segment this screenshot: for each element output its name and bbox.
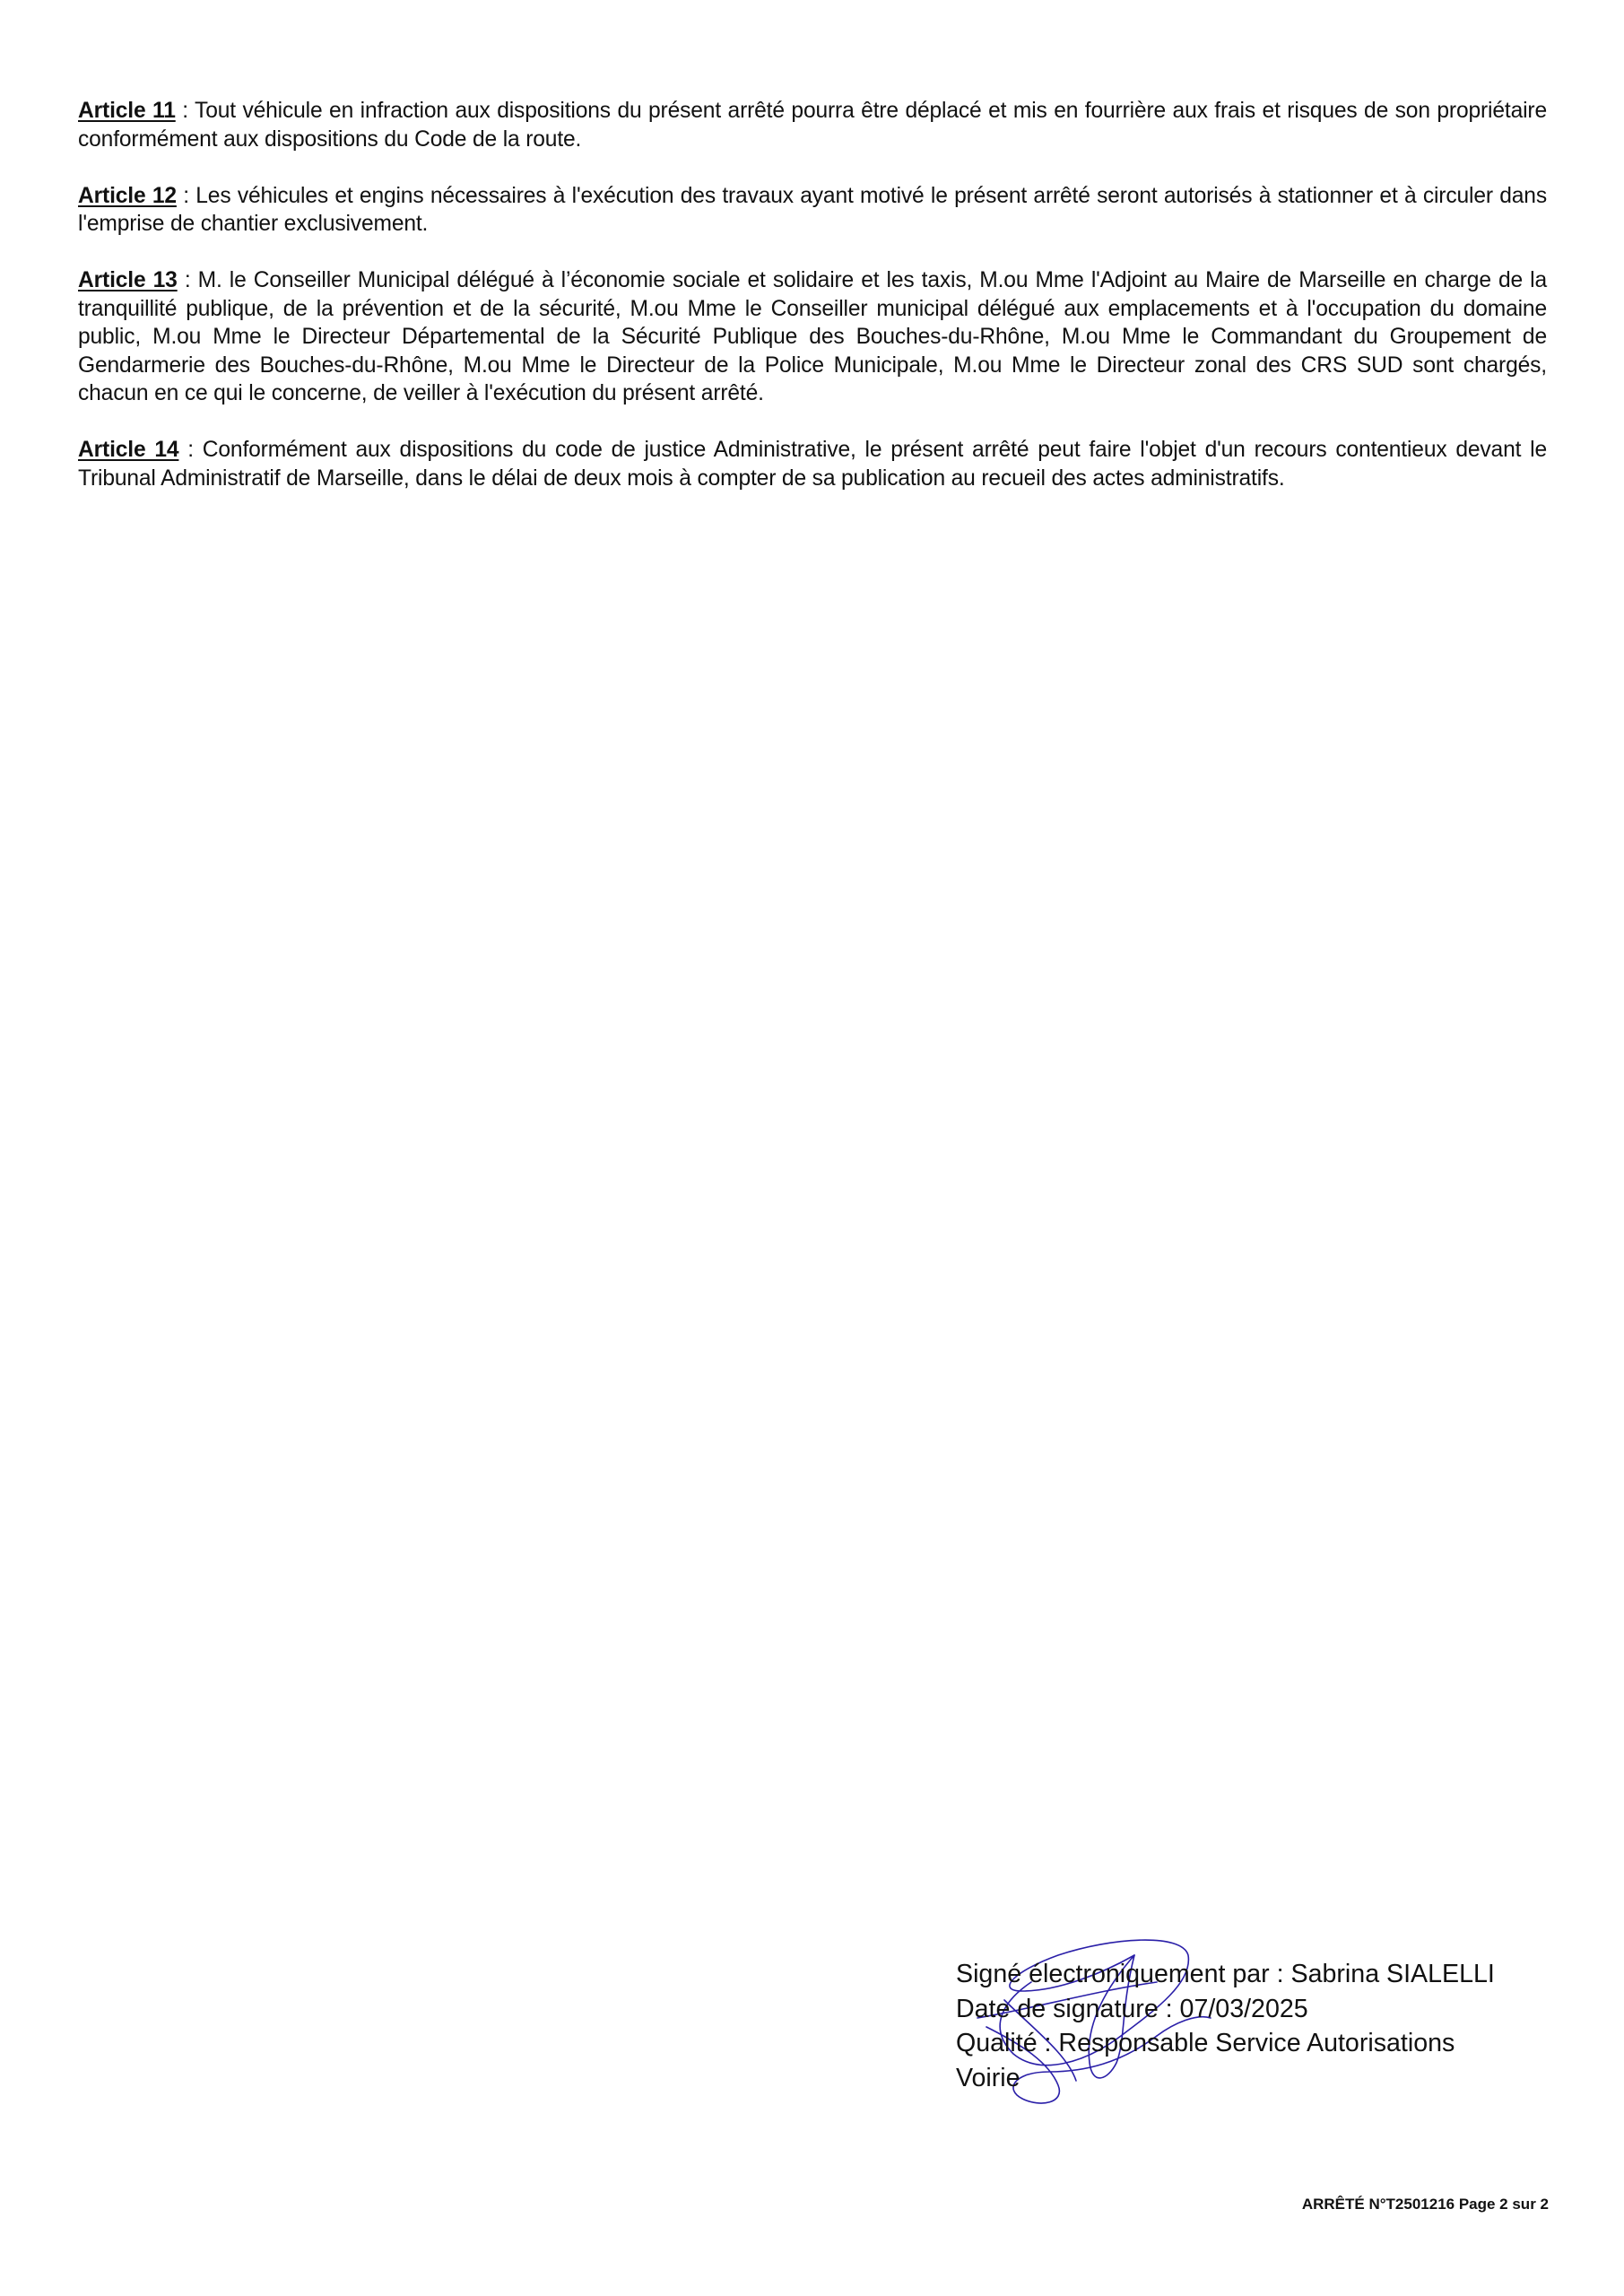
article-13: Article 13 : M. le Conseiller Municipal … bbox=[78, 266, 1547, 408]
article-text: Tout véhicule en infraction aux disposit… bbox=[78, 99, 1547, 152]
article-separator: : bbox=[178, 268, 198, 292]
articles-section: Article 11 : Tout véhicule en infraction… bbox=[78, 97, 1547, 521]
article-text: M. le Conseiller Municipal délégué à l’é… bbox=[78, 268, 1547, 405]
document-page: Article 11 : Tout véhicule en infraction… bbox=[0, 0, 1624, 2296]
article-11: Article 11 : Tout véhicule en infraction… bbox=[78, 97, 1547, 153]
article-label: Article 14 bbox=[78, 438, 178, 462]
article-14: Article 14 : Conformément aux dispositio… bbox=[78, 436, 1547, 492]
signature-block: Signé électroniquement par : Sabrina SIA… bbox=[956, 1957, 1584, 2095]
article-label: Article 12 bbox=[78, 184, 177, 208]
signer-quality-continued: Voirie bbox=[956, 2061, 1584, 2096]
signed-by: Signé électroniquement par : Sabrina SIA… bbox=[956, 1957, 1584, 1992]
article-text: Les véhicules et engins nécessaires à l'… bbox=[78, 184, 1547, 237]
signer-quality: Qualité : Responsable Service Autorisati… bbox=[956, 2026, 1584, 2061]
signature-date: Date de signature : 07/03/2025 bbox=[956, 1992, 1584, 2027]
page-footer: ARRÊTÉ N°T2501216 Page 2 sur 2 bbox=[1302, 2196, 1549, 2213]
article-separator: : bbox=[176, 99, 195, 123]
article-label: Article 13 bbox=[78, 268, 178, 292]
article-separator: : bbox=[178, 438, 202, 462]
article-text: Conformément aux dispositions du code de… bbox=[78, 438, 1547, 491]
article-separator: : bbox=[177, 184, 195, 208]
article-12: Article 12 : Les véhicules et engins néc… bbox=[78, 182, 1547, 239]
article-label: Article 11 bbox=[78, 99, 176, 123]
